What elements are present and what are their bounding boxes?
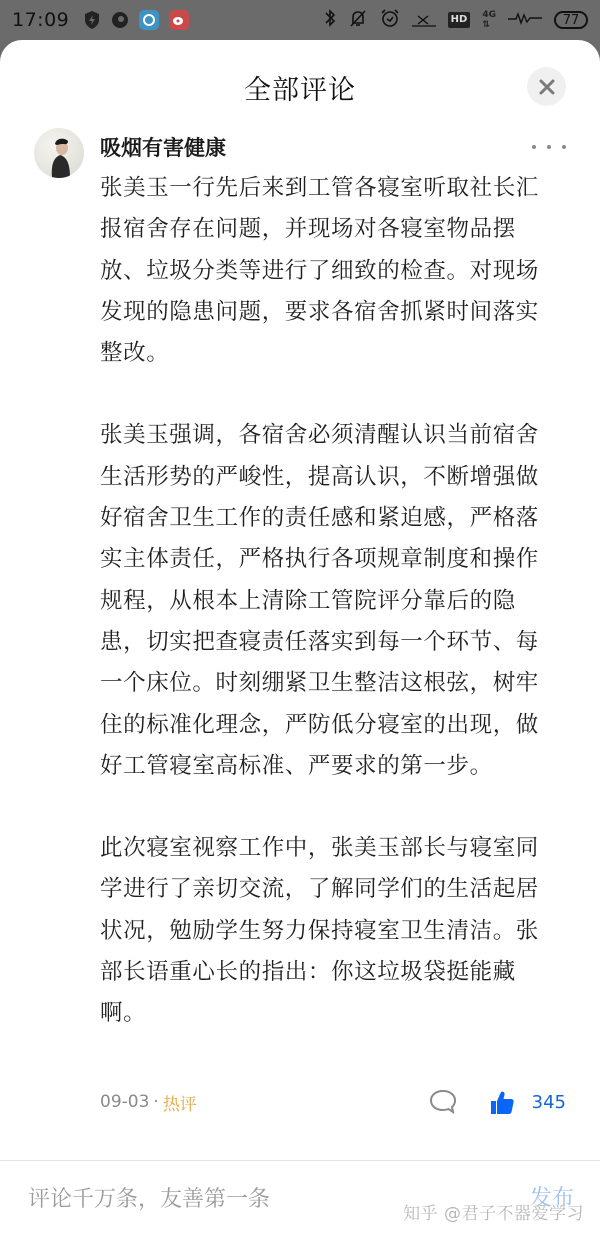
- wifi-off-icon: [412, 8, 436, 32]
- comment-date: 09-03: [100, 1092, 149, 1112]
- comment-meta: 09-03 · 热评 345: [100, 1085, 566, 1119]
- meta-separator: ·: [153, 1092, 158, 1112]
- like-count: 345: [532, 1092, 566, 1113]
- comment-author[interactable]: 吸烟有害健康: [100, 132, 226, 162]
- speech-bubble-icon: [428, 1088, 458, 1116]
- comment-input[interactable]: [28, 1187, 448, 1212]
- status-bar: 17:09 HD 4G⇅ 77: [0, 0, 600, 40]
- comment-input-bar: 发布 知乎 @君子不器爱学习: [0, 1161, 600, 1237]
- more-dot: [562, 145, 566, 149]
- sheet-title: 全部评论: [0, 68, 600, 107]
- watermark: 知乎 @君子不器爱学习: [403, 1199, 584, 1224]
- shield-bolt-icon: [83, 10, 101, 30]
- reply-button[interactable]: [428, 1087, 458, 1117]
- thumbs-up-icon: [488, 1088, 516, 1116]
- sheet-header: 全部评论: [0, 40, 600, 136]
- weibo-icon: [169, 10, 189, 30]
- more-dot: [547, 145, 551, 149]
- bluetooth-icon: [324, 8, 336, 32]
- signal-icon: [508, 10, 542, 30]
- comment-paragraph: 此次寝室视察工作中，张美玉部长与寝室同学进行了亲切交流，了解同学们的生活起居状况…: [100, 828, 560, 1034]
- hot-comment-tag: 热评: [163, 1090, 197, 1115]
- 4g-icon: 4G⇅: [482, 10, 496, 30]
- more-options-button[interactable]: [532, 137, 566, 157]
- comment-paragraph: 张美玉一行先后来到工管各寝室听取社长汇报宿舍存在问题，并现场对各寝室物品摆放、垃…: [100, 168, 560, 374]
- bell-muted-icon: [348, 8, 368, 32]
- like-button[interactable]: 345: [488, 1088, 566, 1116]
- app-blue-icon: [139, 10, 159, 30]
- battery-level: 77: [563, 13, 580, 28]
- comment-paragraph: 张美玉强调，各宿舍必须清醒认识当前宿舍生活形势的严峻性，提高认识，不断增强做好宿…: [100, 415, 560, 787]
- close-button[interactable]: [527, 67, 566, 106]
- avatar[interactable]: [34, 128, 84, 178]
- close-icon: [539, 79, 555, 95]
- comment-content: 张美玉一行先后来到工管各寝室听取社长汇报宿舍存在问题，并现场对各寝室物品摆放、垃…: [100, 168, 560, 1035]
- record-icon: [111, 11, 129, 29]
- hd-icon: HD: [448, 12, 471, 28]
- status-time: 17:09: [12, 9, 69, 31]
- battery-icon: 77: [554, 11, 588, 29]
- alarm-icon: [380, 8, 400, 32]
- more-dots-icon: [532, 145, 536, 149]
